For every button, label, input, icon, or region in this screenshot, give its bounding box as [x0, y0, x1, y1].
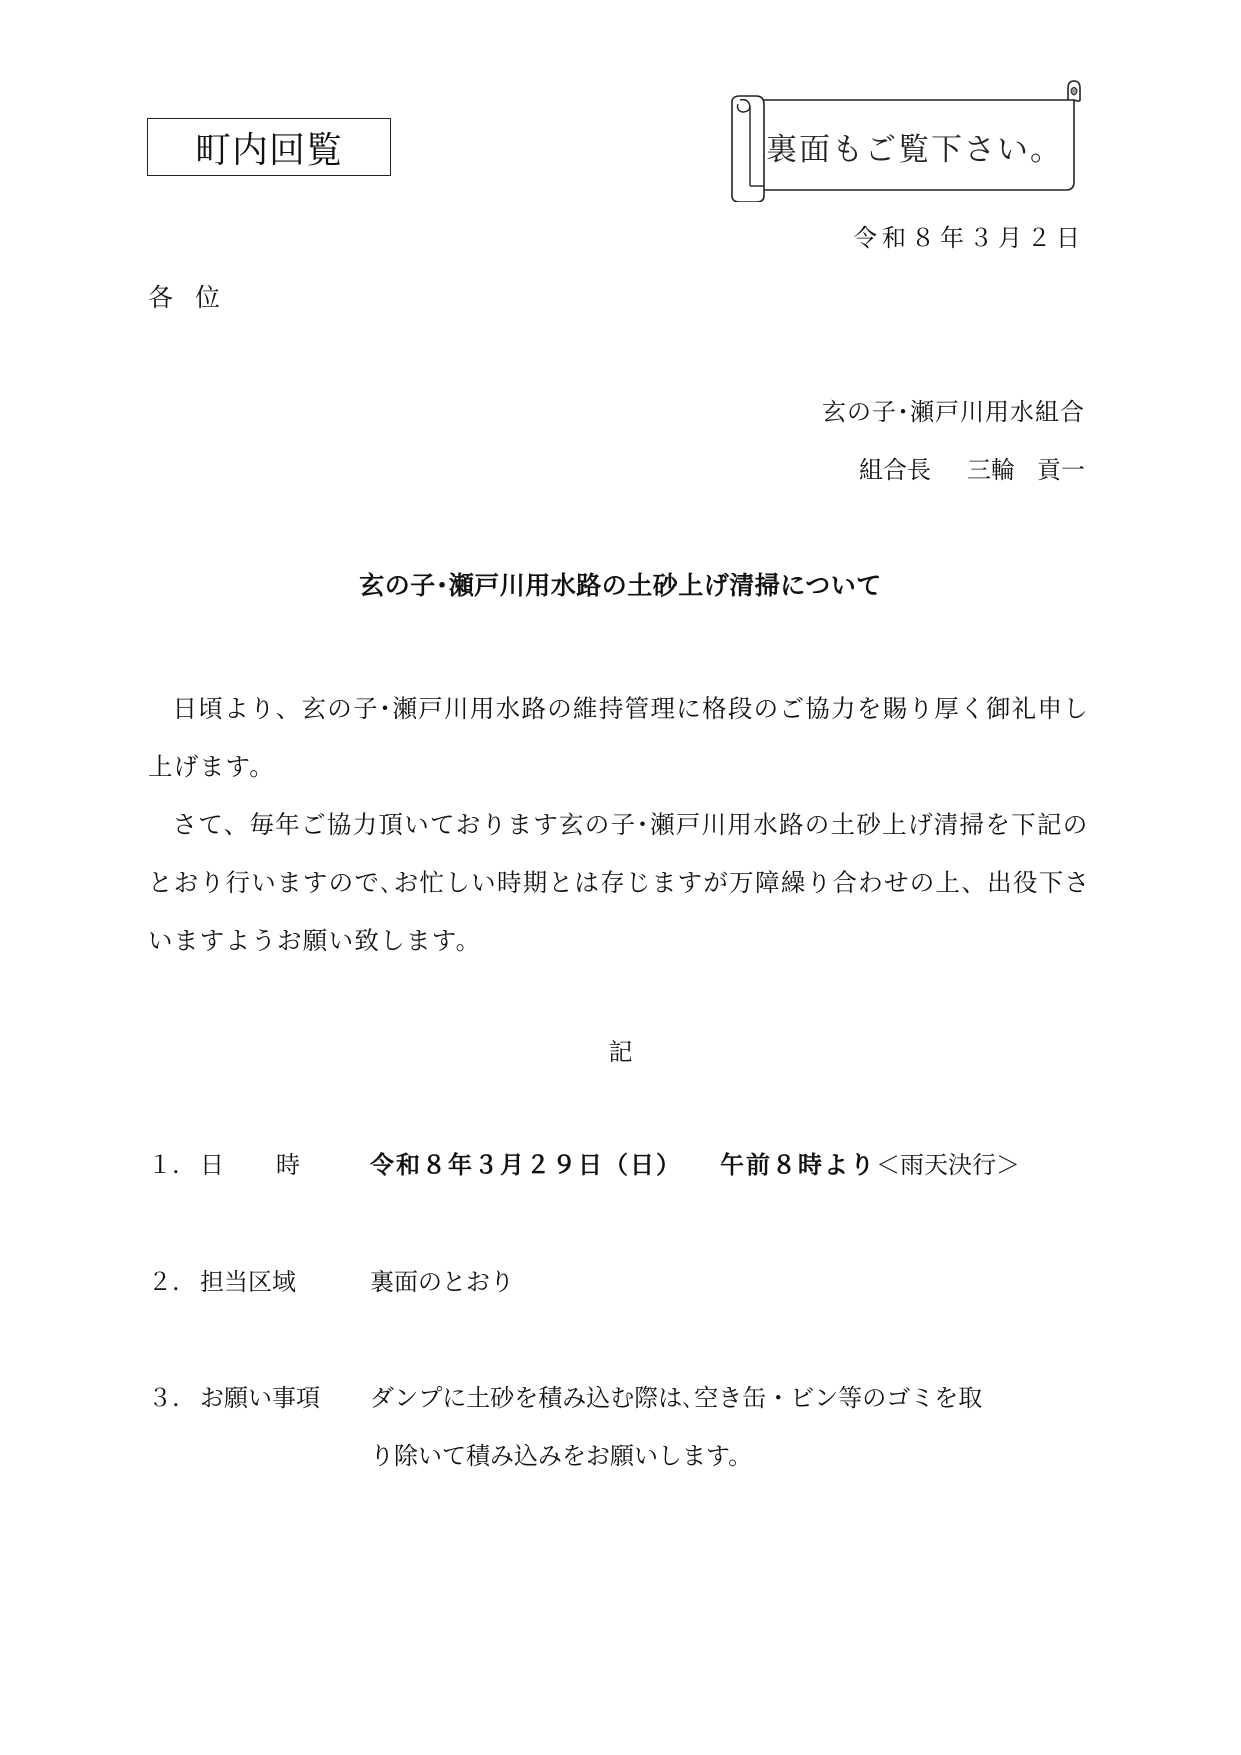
sender-organization: 玄の子･瀬戸川用水組合	[822, 392, 1085, 427]
event-date: 令和８年３月２９日（日）	[370, 1145, 682, 1180]
sender-given-name: 貢一	[1037, 450, 1085, 485]
item-datetime: １.日時令和８年３月２９日（日）午前８時より＜雨天決行＞	[148, 1145, 1020, 1180]
addressee: 各位	[148, 278, 242, 314]
circulation-label: 町内回覧	[195, 122, 343, 173]
item-number: １.	[148, 1145, 200, 1180]
weather-note: ＜雨天決行＞	[876, 1145, 1020, 1180]
ki-heading: 記	[0, 1032, 1241, 1067]
item-label: 担当区域	[200, 1262, 370, 1297]
event-time: 午前８時より	[720, 1145, 876, 1180]
document-page: 町内回覧 裏面もご覧下さい。 令和８年３月２日 各位 玄の子･瀬戸川用水組合 組…	[0, 0, 1241, 1755]
document-title: 玄の子･瀬戸川用水路の土砂上げ清掃について	[0, 566, 1241, 602]
circulation-label-box: 町内回覧	[147, 118, 391, 176]
item-value-line2: り除いて積み込みをお願いします。	[370, 1436, 752, 1471]
sender-signature: 組合長三輪貢一	[859, 450, 1085, 485]
issue-date: 令和８年３月２日	[853, 218, 1085, 253]
body-paragraph: 日頃より、玄の子･瀬戸川用水路の維持管理に格段のご協力を賜り厚く御礼申し上げます…	[148, 680, 1093, 796]
item-area: ２.担当区域裏面のとおり	[148, 1262, 514, 1297]
item-number: ３.	[148, 1378, 200, 1413]
item-label: 日時	[200, 1145, 370, 1180]
sender-family-name: 三輪	[967, 450, 1015, 485]
item-value: 裏面のとおり	[370, 1262, 514, 1297]
sender-title: 組合長	[859, 450, 931, 485]
banner-text: 裏面もご覧下さい。	[766, 116, 1076, 176]
item-request: ３.お願い事項ダンプに土砂を積み込む際は､空き缶・ビン等のゴミを取 り除いて積み…	[148, 1378, 982, 1413]
scroll-banner: 裏面もご覧下さい。	[728, 78, 1092, 202]
item-label: お願い事項	[200, 1378, 370, 1413]
item-value-line1: ダンプに土砂を積み込む際は､空き缶・ビン等のゴミを取	[370, 1378, 982, 1413]
body-text: 日頃より、玄の子･瀬戸川用水路の維持管理に格段のご協力を賜り厚く御礼申し上げます…	[148, 680, 1093, 970]
item-number: ２.	[148, 1262, 200, 1297]
body-paragraph: さて、毎年ご協力頂いております玄の子･瀬戸川用水路の土砂上げ清掃を下記のとおり行…	[148, 796, 1093, 970]
